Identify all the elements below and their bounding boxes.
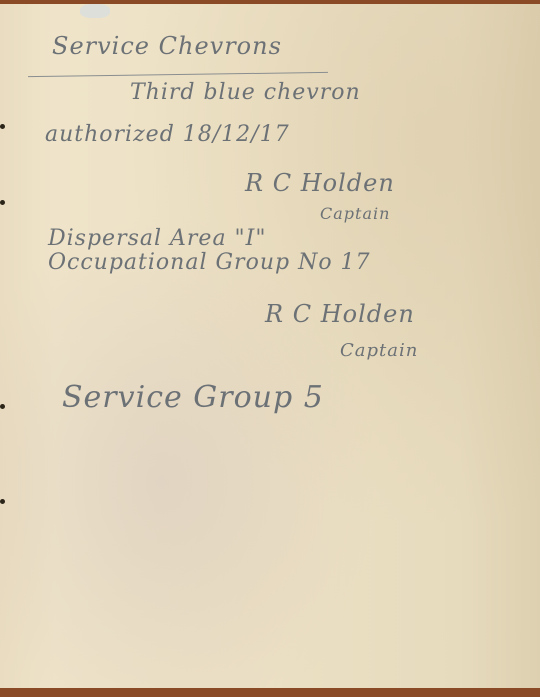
rank-1: Captain (320, 204, 390, 223)
heading: Service Chevrons (52, 32, 282, 60)
binding-hole (0, 499, 5, 504)
heading-rule (28, 72, 328, 77)
line-service-group: Service Group 5 (62, 380, 324, 415)
line-occupational: Occupational Group No 17 (48, 250, 371, 275)
line-chevron: Third blue chevron (130, 80, 361, 105)
signature-1: R C Holden (245, 169, 395, 197)
paper-stain (80, 4, 110, 18)
binding-hole (0, 124, 5, 129)
rank-2: Captain (340, 340, 418, 361)
line-authorized: authorized 18/12/17 (45, 122, 290, 147)
binding-hole (0, 404, 5, 409)
line-dispersal: Dispersal Area "I" (48, 226, 266, 251)
signature-2: R C Holden (265, 300, 415, 328)
document-page: Service Chevrons Third blue chevron auth… (0, 4, 540, 688)
binding-hole (0, 200, 5, 205)
